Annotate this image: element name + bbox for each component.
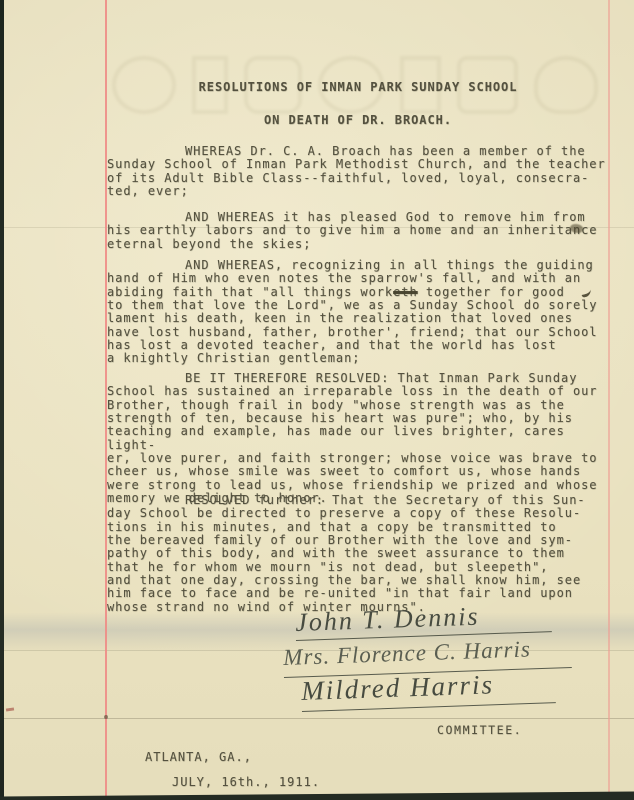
document-title: RESOLUTIONS OF INMAN PARK SUNDAY SCHOOL: [107, 81, 609, 94]
fold-line-lower: [0, 718, 634, 719]
place-line: ATLANTA, GA.,: [145, 750, 252, 764]
document-subtitle: ON DEATH OF DR. BROACH.: [107, 114, 609, 127]
paragraph-resolved-further: RESOLVED further: That the Secretary of …: [107, 494, 609, 614]
document-scan: RESOLUTIONS OF INMAN PARK SUNDAY SCHOOL …: [0, 0, 634, 800]
committee-label: COMMITTEE.: [437, 723, 522, 737]
paragraph-whereas-member: WHEREAS Dr. C. A. Broach has been a memb…: [107, 145, 609, 198]
red-mark: [6, 707, 14, 711]
paragraph-whereas-recognizing: AND WHEREAS, recognizing in all things t…: [107, 259, 609, 366]
paragraph-whereas-pleased-god: AND WHEREAS it has pleased God to remove…: [107, 211, 609, 251]
struck-out-text: eth: [393, 285, 418, 299]
scan-dark-edge-bottom: [0, 791, 634, 800]
date-line: JULY, 16th., 1911.: [172, 775, 320, 789]
signature-mildred-harris: Mildred Harris: [301, 667, 556, 712]
scan-dark-edge-left: [0, 0, 4, 800]
paragraph-be-it-resolved: BE IT THEREFORE RESOLVED: That Inman Par…: [107, 372, 609, 505]
ink-dot: [104, 715, 108, 719]
